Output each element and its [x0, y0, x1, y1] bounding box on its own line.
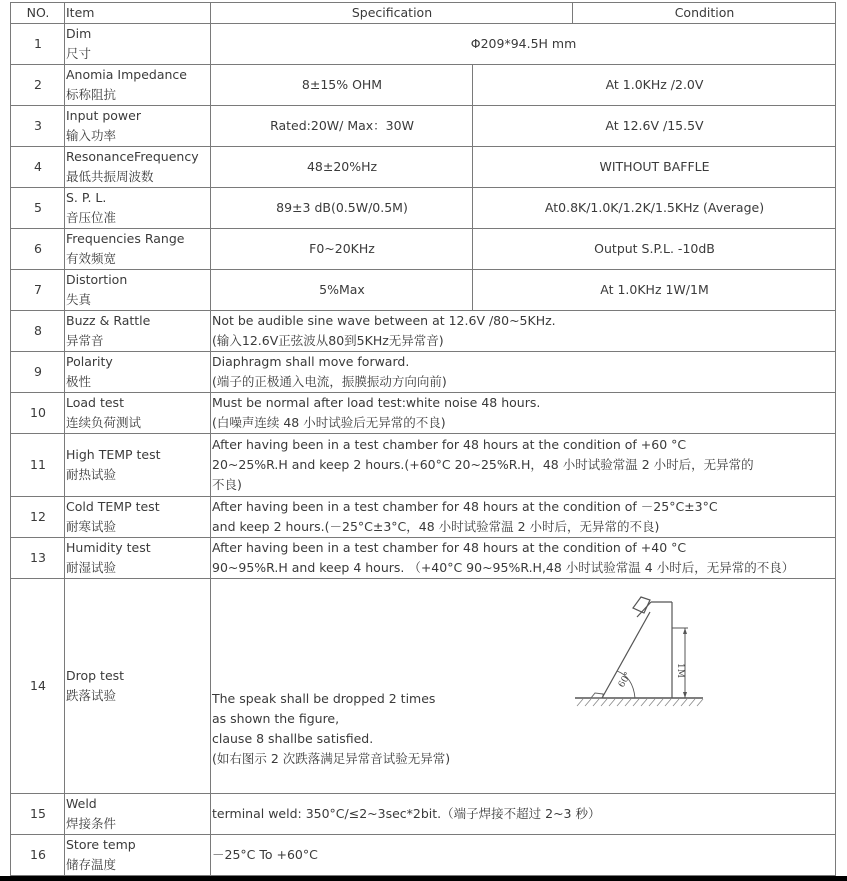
- item-cell: Polarity 极性: [65, 352, 211, 393]
- spec-value: Rated:20W/ Max：30W: [211, 106, 473, 147]
- specification-table: NO. Item Specification Condition 1 Dim 尺…: [10, 2, 836, 876]
- item-name-en: Polarity: [66, 352, 210, 372]
- spec-condition: At 12.6V /15.5V: [473, 106, 836, 147]
- item-name-en: ResonanceFrequency: [66, 147, 210, 167]
- item-name-cn: 连续负荷测试: [66, 413, 210, 433]
- spec-description: Diaphragm shall move forward. (端子的正极通入电流…: [211, 352, 836, 393]
- spec-value: 8±15% OHM: [211, 65, 473, 106]
- item-name-en: Drop test: [66, 666, 210, 686]
- spec-condition: Output S.P.L. -10dB: [473, 229, 836, 270]
- spec-value: F0~20KHz: [211, 229, 473, 270]
- drop-test-diagram-icon: 1M 60°: [575, 595, 705, 710]
- spec-line: 不良): [212, 475, 835, 495]
- table-row: 1 Dim 尺寸 Φ209*94.5H mm: [11, 24, 836, 65]
- item-name-en: Humidity test: [66, 538, 210, 558]
- spec-description: terminal weld: 350°C/≤2~3sec*2bit.（端子焊接不…: [211, 794, 836, 835]
- item-cell: Store temp 储存温度: [65, 835, 211, 876]
- bottom-edge-bar: [0, 876, 847, 881]
- spec-value: 5%Max: [211, 270, 473, 311]
- spec-line: Diaphragm shall move forward.: [212, 352, 835, 372]
- item-name-cn: 焊接条件: [66, 814, 210, 834]
- item-name-en: Buzz & Rattle: [66, 311, 210, 331]
- table-row: 12 Cold TEMP test 耐寒试验 After having been…: [11, 497, 836, 538]
- item-cell: Weld 焊接条件: [65, 794, 211, 835]
- item-name-cn: 耐热试验: [66, 465, 210, 485]
- header-condition: Condition: [573, 3, 836, 24]
- spec-line: The speak shall be dropped 2 times: [212, 689, 450, 709]
- item-name-en: Cold TEMP test: [66, 497, 210, 517]
- table-row: 11 High TEMP test 耐热试验 After having been…: [11, 434, 836, 497]
- spec-line: After having been in a test chamber for …: [212, 538, 835, 558]
- row-number: 12: [11, 497, 65, 538]
- spec-line: terminal weld: 350°C/≤2~3sec*2bit.（端子焊接不…: [212, 804, 835, 824]
- table-row: 15 Weld 焊接条件 terminal weld: 350°C/≤2~3se…: [11, 794, 836, 835]
- header-specification: Specification: [211, 3, 573, 24]
- item-name-cn: 跌落试验: [66, 686, 210, 706]
- row-number: 4: [11, 147, 65, 188]
- table-row: 7 Distortion 失真 5%Max At 1.0KHz 1W/1M: [11, 270, 836, 311]
- row-number: 7: [11, 270, 65, 311]
- spec-line: (如右图示 2 次跌落满足异常音试验无异常): [212, 749, 450, 769]
- item-cell: ResonanceFrequency 最低共振周波数: [65, 147, 211, 188]
- spec-description: After having been in a test chamber for …: [211, 538, 836, 579]
- row-number: 13: [11, 538, 65, 579]
- item-name-cn: 有效频宽: [66, 249, 210, 269]
- item-name-cn: 极性: [66, 372, 210, 392]
- spec-description: Not be audible sine wave between at 12.6…: [211, 311, 836, 352]
- spec-line: clause 8 shallbe satisfied.: [212, 729, 450, 749]
- spec-line: Must be normal after load test:white noi…: [212, 393, 835, 413]
- item-name-cn: 尺寸: [66, 44, 210, 64]
- table-row: 4 ResonanceFrequency 最低共振周波数 48±20%Hz WI…: [11, 147, 836, 188]
- spec-description: After having been in a test chamber for …: [211, 497, 836, 538]
- table-row: 10 Load test 连续负荷测试 Must be normal after…: [11, 393, 836, 434]
- spec-condition: At 1.0KHz 1W/1M: [473, 270, 836, 311]
- item-cell: Frequencies Range 有效频宽: [65, 229, 211, 270]
- item-cell: High TEMP test 耐热试验: [65, 434, 211, 497]
- item-cell: S. P. L. 音压位准: [65, 188, 211, 229]
- item-cell: Cold TEMP test 耐寒试验: [65, 497, 211, 538]
- spec-line: (白噪声连续 48 小时试验后无异常的不良): [212, 413, 835, 433]
- height-label: 1M: [675, 663, 685, 678]
- row-number: 10: [11, 393, 65, 434]
- item-cell: Load test 连续负荷测试: [65, 393, 211, 434]
- item-name-en: High TEMP test: [66, 445, 210, 465]
- spec-description: －25°C To +60°C: [211, 835, 836, 876]
- spec-line: Not be audible sine wave between at 12.6…: [212, 311, 835, 331]
- item-cell: Drop test 跌落试验: [65, 579, 211, 794]
- item-name-en: Distortion: [66, 270, 210, 290]
- item-cell: Dim 尺寸: [65, 24, 211, 65]
- item-name-en: Weld: [66, 794, 210, 814]
- item-name-en: S. P. L.: [66, 188, 210, 208]
- item-cell: Buzz & Rattle 异常音: [65, 311, 211, 352]
- spec-value: 48±20%Hz: [211, 147, 473, 188]
- table-row: 3 Input power 输入功率 Rated:20W/ Max：30W At…: [11, 106, 836, 147]
- spec-condition: At0.8K/1.0K/1.2K/1.5KHz (Average): [473, 188, 836, 229]
- item-name-cn: 输入功率: [66, 126, 210, 146]
- spec-line: (输入12.6V正弦波从80到5KHz无异常音): [212, 331, 835, 351]
- row-number: 14: [11, 579, 65, 794]
- spec-condition: At 1.0KHz /2.0V: [473, 65, 836, 106]
- item-name-en: Load test: [66, 393, 210, 413]
- row-number: 15: [11, 794, 65, 835]
- spec-line: as shown the figure,: [212, 709, 450, 729]
- table-row: 5 S. P. L. 音压位准 89±3 dB(0.5W/0.5M) At0.8…: [11, 188, 836, 229]
- table-header-row: NO. Item Specification Condition: [11, 3, 836, 24]
- header-no: NO.: [11, 3, 65, 24]
- table-row: 8 Buzz & Rattle 异常音 Not be audible sine …: [11, 311, 836, 352]
- spec-line: －25°C To +60°C: [212, 845, 835, 865]
- item-name-cn: 耐寒试验: [66, 517, 210, 537]
- row-number: 2: [11, 65, 65, 106]
- table-row: 2 Anomia Impedance 标称阻抗 8±15% OHM At 1.0…: [11, 65, 836, 106]
- item-name-en: Store temp: [66, 835, 210, 855]
- item-cell: Input power 输入功率: [65, 106, 211, 147]
- spec-description: Must be normal after load test:white noi…: [211, 393, 836, 434]
- row-number: 9: [11, 352, 65, 393]
- item-cell: Anomia Impedance 标称阻抗: [65, 65, 211, 106]
- item-cell: Humidity test 耐湿试验: [65, 538, 211, 579]
- item-name-cn: 失真: [66, 290, 210, 310]
- spec-value: Φ209*94.5H mm: [211, 24, 836, 65]
- spec-line: and keep 2 hours.(－25°C±3°C，48 小时试验常温 2 …: [212, 517, 835, 537]
- spec-value: 89±3 dB(0.5W/0.5M): [211, 188, 473, 229]
- spec-line: (端子的正极通入电流，振膜振动方向向前): [212, 372, 835, 392]
- item-name-en: Frequencies Range: [66, 229, 210, 249]
- item-name-cn: 耐湿试验: [66, 558, 210, 578]
- drop-test-text: The speak shall be dropped 2 times as sh…: [212, 689, 450, 769]
- row-number: 5: [11, 188, 65, 229]
- item-name-cn: 标称阻抗: [66, 85, 210, 105]
- item-name-en: Input power: [66, 106, 210, 126]
- row-number: 3: [11, 106, 65, 147]
- item-name-cn: 最低共振周波数: [66, 167, 210, 187]
- spec-condition: WITHOUT BAFFLE: [473, 147, 836, 188]
- table-row: 13 Humidity test 耐湿试验 After having been …: [11, 538, 836, 579]
- angle-label: 60°: [617, 671, 634, 690]
- table-row: 9 Polarity 极性 Diaphragm shall move forwa…: [11, 352, 836, 393]
- table-row: 6 Frequencies Range 有效频宽 F0~20KHz Output…: [11, 229, 836, 270]
- row-number: 16: [11, 835, 65, 876]
- spec-description: After having been in a test chamber for …: [211, 434, 836, 497]
- spec-description: The speak shall be dropped 2 times as sh…: [211, 579, 836, 794]
- row-number: 1: [11, 24, 65, 65]
- table-row: 16 Store temp 储存温度 －25°C To +60°C: [11, 835, 836, 876]
- spec-line: After having been in a test chamber for …: [212, 435, 835, 455]
- header-item: Item: [65, 3, 211, 24]
- item-name-cn: 音压位准: [66, 208, 210, 228]
- spec-line: After having been in a test chamber for …: [212, 497, 835, 517]
- item-name-en: Anomia Impedance: [66, 65, 210, 85]
- item-name-cn: 储存温度: [66, 855, 210, 875]
- spec-line: 20~25%R.H and keep 2 hours.(+60°C 20~25%…: [212, 455, 835, 475]
- table-row: 14 Drop test 跌落试验 The speak shall be dro…: [11, 579, 836, 794]
- row-number: 11: [11, 434, 65, 497]
- row-number: 8: [11, 311, 65, 352]
- row-number: 6: [11, 229, 65, 270]
- item-name-en: Dim: [66, 24, 210, 44]
- item-name-cn: 异常音: [66, 331, 210, 351]
- spec-line: 90~95%R.H and keep 4 hours. （+40°C 90~95…: [212, 558, 835, 578]
- item-cell: Distortion 失真: [65, 270, 211, 311]
